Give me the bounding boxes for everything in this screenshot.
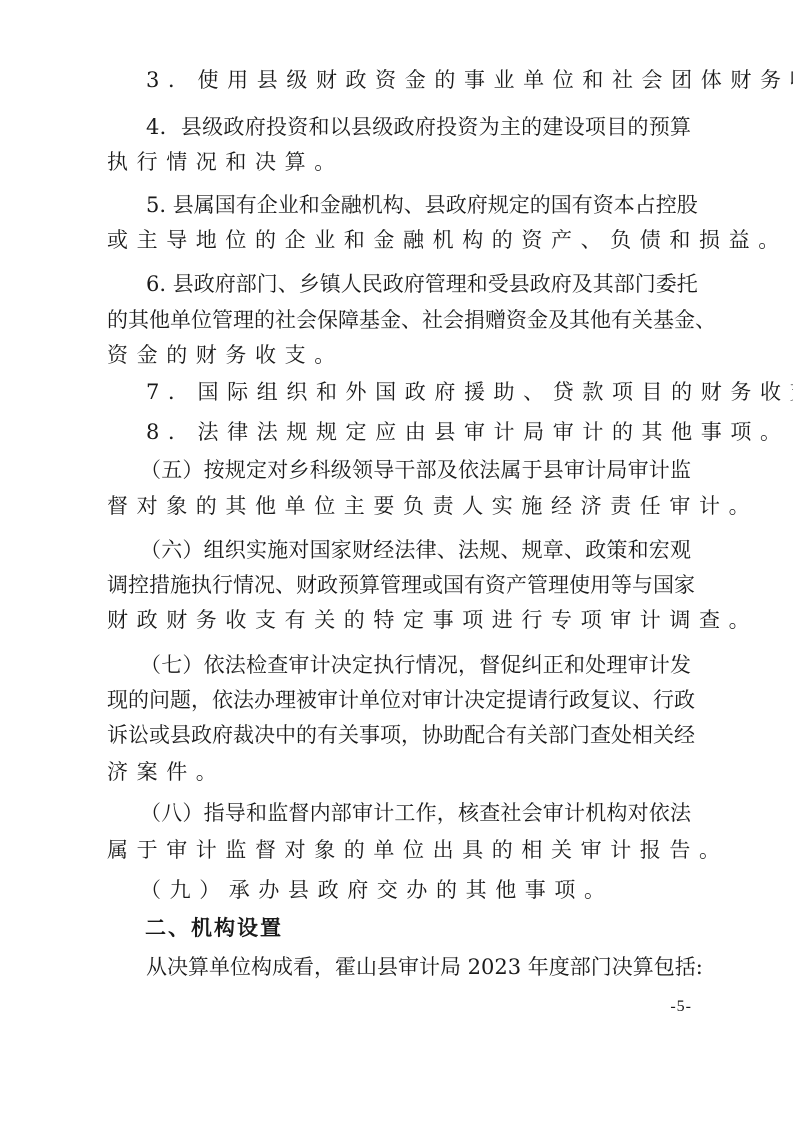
paragraph-item-5-line-1: 5. 县属国有企业和金融机构、县政府规定的国有资本占控股 [146, 192, 691, 218]
paragraph-item-8-line-1: 8．法律法规规定应由县审计局审计的其他事项。 [146, 419, 691, 445]
paragraph-item-six-line-1: （六）组织实施对国家财经法律、法规、规章、政策和宏观 [140, 537, 691, 563]
paragraph-item-eight-line-1: （八）指导和监督内部审计工作，核查社会审计机构对依法 [140, 800, 691, 826]
document-page: 3．使用县级财政资金的事业单位和社会团体财务收支。 4．县级政府投资和以县级政府… [0, 0, 793, 1122]
paragraph-item-3-line-1: 3．使用县级财政资金的事业单位和社会团体财务收支。 [146, 67, 691, 93]
paragraph-item-4-line-1: 4．县级政府投资和以县级政府投资为主的建设项目的预算 [146, 114, 691, 140]
paragraph-item-6-line-3: 资金的财务收支。 [107, 342, 691, 368]
paragraph-item-six-line-2: 调控措施执行情况、财政预算管理或国有资产管理使用等与国家 [107, 572, 691, 598]
closing-paragraph-line: 从决算单位构成看，霍山县审计局 2023 年度部门决算包括: [146, 954, 691, 980]
paragraph-item-seven-line-4: 济案件。 [107, 759, 691, 785]
paragraph-item-eight-line-2: 属于审计监督对象的单位出具的相关审计报告。 [107, 837, 691, 863]
paragraph-item-4-line-2: 执行情况和决算。 [107, 149, 691, 175]
paragraph-item-seven-line-2: 现的问题，依法办理被审计单位对审计决定提请行政复议、行政 [107, 687, 691, 713]
paragraph-item-nine-line-1: （九）承办县政府交办的其他事项。 [140, 877, 685, 903]
paragraph-item-five-line-2: 督对象的其他单位主要负责人实施经济责任审计。 [107, 493, 691, 519]
paragraph-item-five-line-1: （五）按规定对乡科级领导干部及依法属于县审计局审计监 [140, 457, 691, 483]
paragraph-item-7-line-1: 7．国际组织和外国政府援助、贷款项目的财务收支。 [146, 379, 691, 405]
page-number: -5- [650, 998, 692, 1016]
paragraph-item-5-line-2: 或主导地位的企业和金融机构的资产、负债和损益。 [107, 227, 691, 253]
paragraph-item-six-line-3: 财政财务收支有关的特定事项进行专项审计调查。 [107, 607, 691, 633]
paragraph-item-6-line-1: 6. 县政府部门、乡镇人民政府管理和受县政府及其部门委托 [146, 271, 691, 297]
paragraph-item-seven-line-3: 诉讼或县政府裁决中的有关事项，协助配合有关部门查处相关经 [107, 722, 691, 748]
paragraph-item-6-line-2: 的其他单位管理的社会保障基金、社会捐赠资金及其他有关基金、 [107, 307, 691, 333]
paragraph-item-seven-line-1: （七）依法检查审计决定执行情况，督促纠正和处理审计发 [140, 652, 691, 678]
section-heading: 二、机构设置 [145, 915, 690, 941]
